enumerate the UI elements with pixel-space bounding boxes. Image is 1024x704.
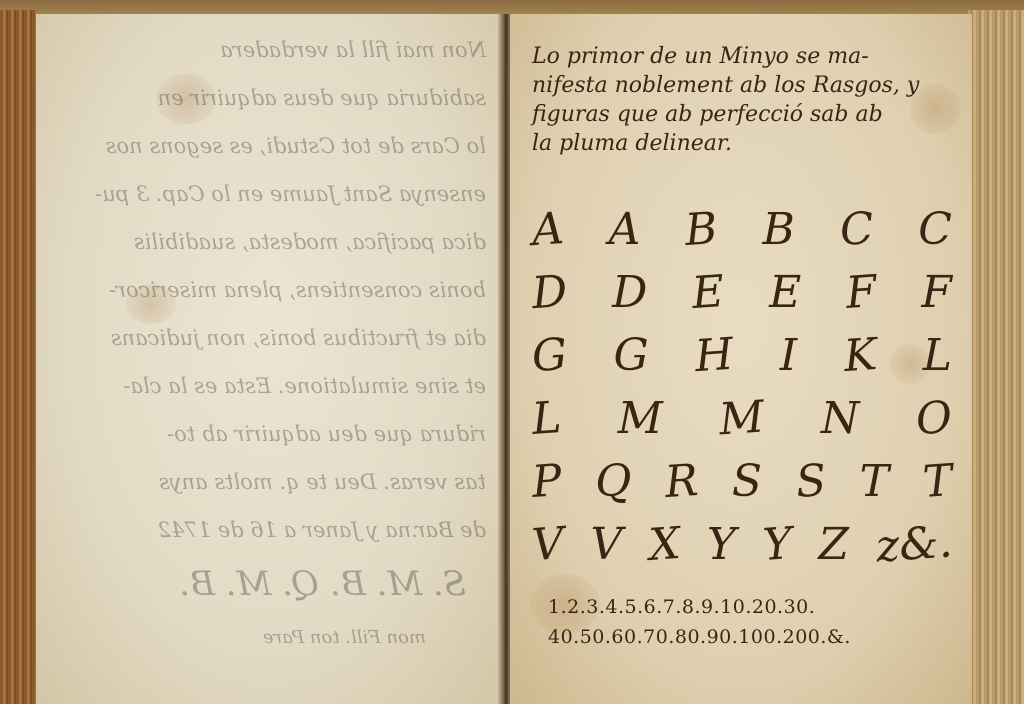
letter: D [612,267,647,318]
letter: K [842,329,878,382]
letter: F [844,266,878,319]
letter: V [590,519,622,570]
letter: Y [707,519,736,570]
letter: E [769,267,801,318]
bleed-line: ridura que deu adquirir ab to- [66,410,486,458]
letter: V [530,518,565,571]
letter: L [530,392,563,445]
bleed-line: et sine simulatione. Esta es la cla- [66,362,486,410]
bleed-line: de Bar.na y Janer a 16 de 1742 [66,506,486,554]
alphabet-row: V V X Y Y Z z&. [532,513,952,576]
bleed-line: sabiduria que deus adquirir en [66,74,486,122]
letter: N [821,393,860,444]
letter: z&. [874,516,954,572]
numeral-line: 1.2.3.4.5.6.7.8.9.10.20.30. [548,592,948,622]
letter: B [684,203,720,256]
bleed-line: dica pacifica, modesta, suadibilis [66,218,486,266]
bleed-line: bonis consentiens, plena misericor- [66,266,486,314]
letter: Y [761,518,794,571]
letter: Z [818,519,849,570]
bleed-signature: S. M. B. Q. M. B. [66,554,486,614]
bleed-signature: mon Fill. ton Pare [66,614,486,662]
left-page: Non mai fill la verdadera sabiduria que … [36,14,502,704]
letter: T [860,456,889,507]
letter: G [614,330,649,381]
letter: B [763,204,795,255]
intro-line: la pluma delinear. [532,129,952,158]
letter: L [923,330,952,381]
letter: S [732,456,762,507]
bleed-line: lo Cars de tot Cstudi, es segons nos [66,122,486,170]
letter: I [780,330,797,381]
bleed-line: dia et fructibus bonis, non judicans [66,314,486,362]
bleed-line: tas veras. Deu te q. molts anys [66,458,486,506]
letter: R [663,455,700,508]
right-page-stack-edge [968,10,1024,704]
letter: D [530,266,569,319]
book-cover-top-edge [0,0,1024,14]
alphabet-row: L M M N O [532,387,952,450]
bleed-line: Non mai fill la verdadera [66,26,486,74]
open-book: Non mai fill la verdadera sabiduria que … [0,0,1024,704]
numerals: 1.2.3.4.5.6.7.8.9.10.20.30. 40.50.60.70.… [548,592,948,652]
letter: A [530,203,565,256]
letter: Q [595,456,631,507]
numeral-line: 40.50.60.70.80.90.100.200.&. [548,622,948,652]
calligraphic-alphabet: A A B B C C D D E E F F G G H I K L [532,198,952,576]
letter: M [718,391,767,445]
letter: H [693,329,735,383]
letter: X [647,518,682,571]
letter: E [690,266,726,319]
alphabet-row: G G H I K L [532,324,952,387]
letter: F [921,267,952,318]
letter: M [618,393,663,444]
bleed-line: ensenya Sant Jaume en lo Cap. 3 pu- [66,170,486,218]
letter: O [914,392,954,445]
right-page: Lo primor de un Minyo se ma- nifesta nob… [510,14,972,704]
letter: A [609,204,641,255]
alphabet-row: D D E E F F [532,261,952,324]
letter: C [838,203,875,256]
intro-line: nifesta noblement ab los Rasgos, y [532,71,952,100]
letter: P [530,455,563,508]
intro-line: figuras que ab perfecció sab ab [532,100,952,129]
letter: T [921,455,954,508]
alphabet-row: P Q R S S T T [532,450,952,513]
intro-text: Lo primor de un Minyo se ma- nifesta nob… [532,42,952,158]
alphabet-row: A A B B C C [532,198,952,261]
letter: G [530,329,569,382]
intro-line: Lo primor de un Minyo se ma- [532,42,952,71]
bleed-through-text: Non mai fill la verdadera sabiduria que … [66,26,486,662]
letter: C [918,204,952,255]
left-page-stack-edge [0,10,36,704]
letter: S [794,455,828,508]
